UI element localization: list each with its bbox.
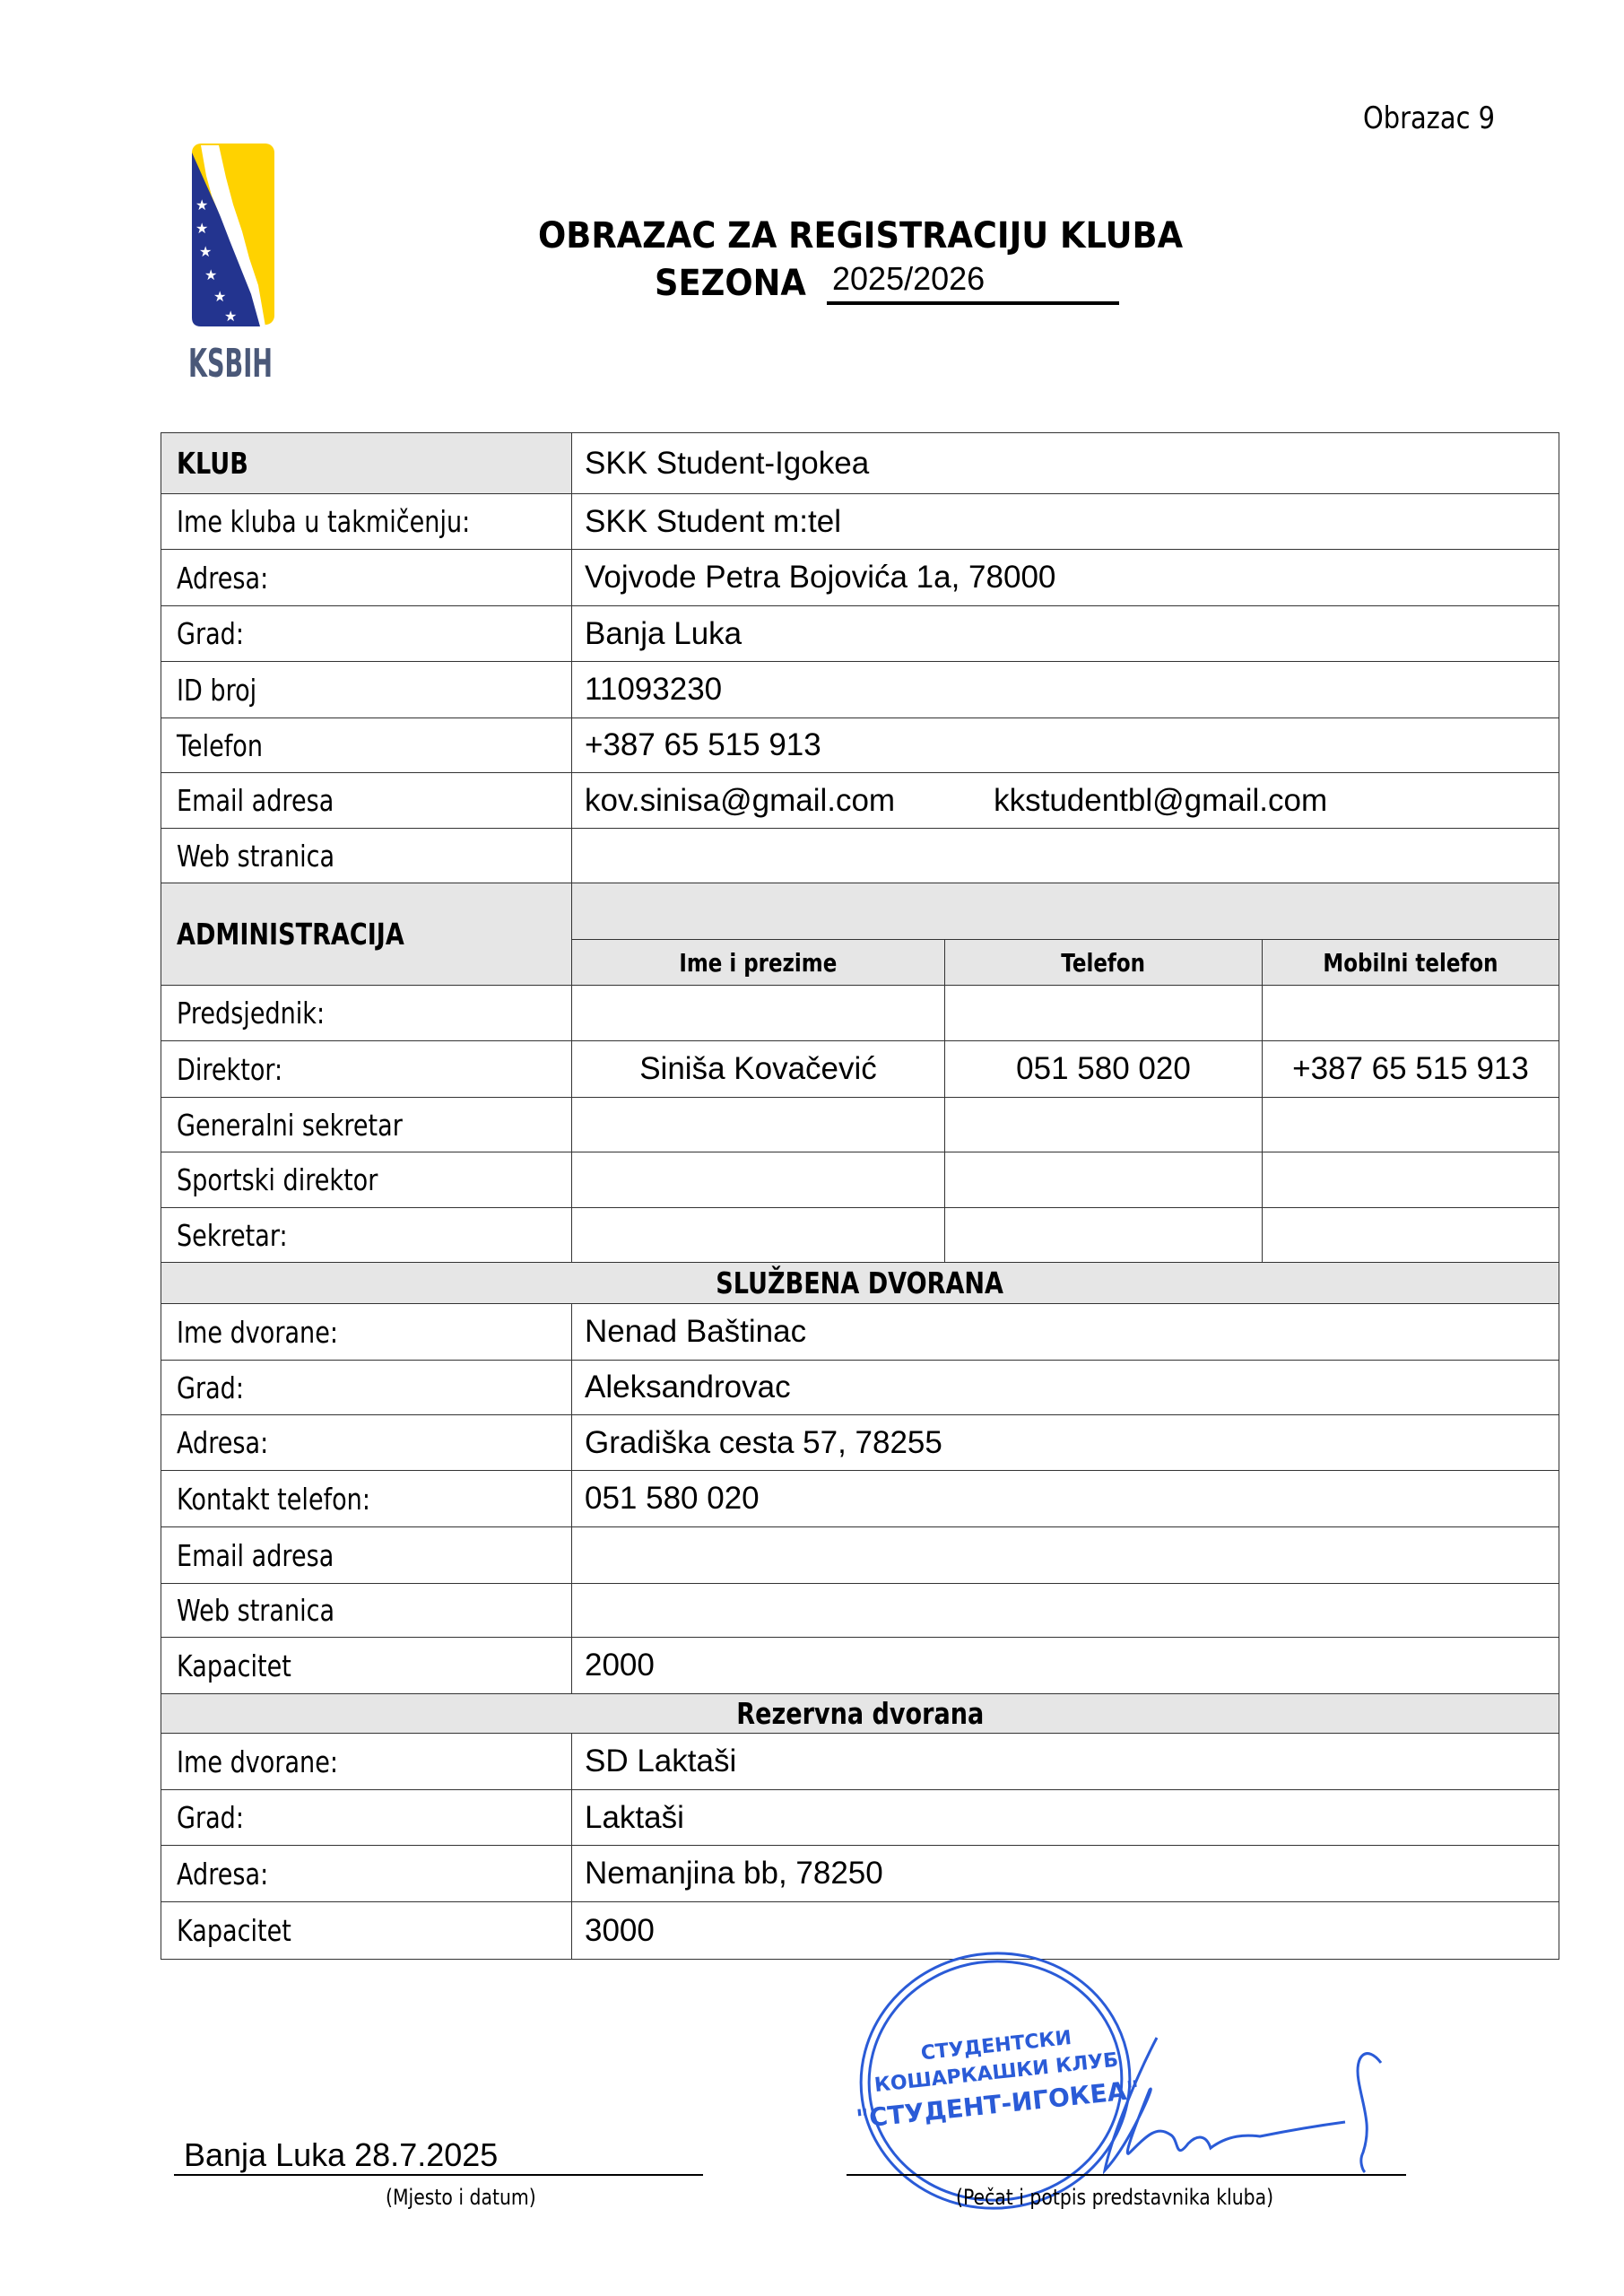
admin-column-header-text: Mobilni telefon (1323, 948, 1498, 978)
reserve-hall-value-text: Nemanjina bb, 78250 (585, 1856, 883, 1892)
admin-name-field[interactable] (571, 1097, 945, 1152)
admin-role-label: Generalni sekretar (161, 1097, 572, 1152)
reserve-hall-label-text: Ime dvorane: (177, 1744, 338, 1779)
official-hall-label-text: Email adresa (177, 1538, 334, 1573)
form-number: Obrazac 9 (1363, 100, 1495, 136)
club-row-label-text: Ime kluba u takmičenju: (177, 504, 470, 539)
club-header-label-text: KLUB (177, 446, 248, 481)
official-hall-value-text: 2000 (585, 1648, 655, 1683)
club-row-value-text: kov.sinisa@gmail.com (585, 783, 895, 819)
official-hall-value-text: 051 580 020 (585, 1481, 760, 1517)
admin-phone-field-text: 051 580 020 (1016, 1051, 1191, 1087)
official-hall-value[interactable]: Gradiška cesta 57, 78255 (571, 1414, 1559, 1471)
official-hall-value[interactable] (571, 1583, 1559, 1638)
admin-header-blank (571, 883, 1559, 940)
admin-phone-field[interactable] (944, 1152, 1263, 1208)
club-row-label-text: Email adresa (177, 783, 334, 818)
svg-text:★: ★ (224, 308, 237, 325)
reserve-hall-label: Adresa: (161, 1845, 572, 1902)
signature-caption: (Pečat i potpis predstavnika kluba) (956, 2185, 1273, 2210)
club-row-value[interactable]: kov.sinisa@gmail.comkkstudentbl@gmail.co… (571, 772, 1559, 829)
official-hall-label: Adresa: (161, 1414, 572, 1471)
club-row-value[interactable] (571, 828, 1559, 883)
svg-text:★: ★ (204, 266, 217, 283)
reserve-hall-label: Kapacitet (161, 1901, 572, 1960)
club-header-label: KLUB (161, 432, 572, 494)
official-hall-value[interactable]: 2000 (571, 1637, 1559, 1694)
reserve-hall-header-text: Rezervna dvorana (736, 1696, 984, 1731)
signature-line (847, 2174, 1406, 2176)
admin-name-field[interactable]: Siniša Kovačević (571, 1040, 945, 1098)
admin-role-label: Sportski direktor (161, 1152, 572, 1208)
club-row-label-text: Telefon (177, 728, 263, 763)
admin-role-label-text: Sekretar: (177, 1218, 288, 1253)
official-hall-value-text: Aleksandrovac (585, 1370, 791, 1405)
club-row-label-text: Adresa: (177, 561, 268, 596)
club-row-label-text: ID broj (177, 673, 256, 708)
club-row-value-text: Banja Luka (585, 616, 742, 652)
club-row-label-text: Web stranica (177, 839, 334, 874)
reserve-hall-value[interactable]: Nemanjina bb, 78250 (571, 1845, 1559, 1902)
club-row-label: Grad: (161, 605, 572, 662)
official-hall-label: Kontakt telefon: (161, 1470, 572, 1527)
admin-phone-field[interactable] (944, 985, 1263, 1041)
reserve-hall-value-text: Laktaši (585, 1800, 684, 1836)
signature (1103, 2036, 1426, 2179)
admin-header: ADMINISTRACIJA (161, 883, 572, 986)
admin-phone-field[interactable] (944, 1097, 1263, 1152)
admin-column-header-text: Telefon (1062, 948, 1146, 978)
reserve-hall-label: Ime dvorane: (161, 1733, 572, 1790)
reserve-hall-label: Grad: (161, 1789, 572, 1846)
admin-column-header: Telefon (944, 939, 1263, 986)
admin-role-label: Predsjednik: (161, 985, 572, 1041)
club-row-label: Adresa: (161, 549, 572, 606)
club-row-value-text: 11093230 (585, 672, 722, 708)
official-hall-label-text: Adresa: (177, 1425, 268, 1460)
official-hall-value-text: Gradiška cesta 57, 78255 (585, 1425, 942, 1461)
ksbih-logo: ★ ★ ★ ★ ★ ★ KSBIH (179, 142, 276, 384)
admin-name-field[interactable] (571, 1207, 945, 1263)
club-row-value[interactable]: Vojvode Petra Bojovića 1a, 78000 (571, 549, 1559, 606)
club-row-label: ID broj (161, 661, 572, 718)
club-header-value[interactable]: SKK Student-Igokea (571, 432, 1559, 494)
official-hall-label: Grad: (161, 1360, 572, 1415)
svg-text:★: ★ (195, 196, 208, 213)
club-row-value[interactable]: SKK Student m:tel (571, 493, 1559, 550)
club-row-label: Ime kluba u takmičenju: (161, 493, 572, 550)
club-row-label: Web stranica (161, 828, 572, 883)
club-row-value[interactable]: Banja Luka (571, 605, 1559, 662)
official-hall-header: SLUŽBENA DVORANA (161, 1262, 1559, 1304)
place-date-value: Banja Luka 28.7.2025 (184, 2136, 498, 2174)
season-label: SEZONA (655, 263, 806, 304)
admin-mobile-field[interactable] (1262, 1207, 1559, 1263)
svg-text:★: ★ (195, 220, 208, 237)
admin-mobile-field[interactable] (1262, 985, 1559, 1041)
reserve-hall-label-text: Grad: (177, 1800, 244, 1835)
club-row-value2-text: kkstudentbl@gmail.com (994, 783, 1327, 819)
svg-text:KSBIH: KSBIH (188, 341, 273, 384)
reserve-hall-value-text: 3000 (585, 1913, 655, 1949)
admin-phone-field[interactable]: 051 580 020 (944, 1040, 1263, 1098)
club-row-value[interactable]: 11093230 (571, 661, 1559, 718)
admin-column-header: Mobilni telefon (1262, 939, 1559, 986)
official-hall-label-text: Web stranica (177, 1593, 334, 1628)
admin-role-label-text: Predsjednik: (177, 996, 325, 1031)
season-value: 2025/2026 (832, 260, 985, 298)
place-date-caption: (Mjesto i datum) (386, 2185, 536, 2210)
place-date-line (174, 2174, 703, 2176)
admin-role-label: Direktor: (161, 1040, 572, 1098)
svg-text:★: ★ (213, 288, 226, 305)
official-hall-label: Email adresa (161, 1526, 572, 1584)
official-hall-label-text: Kontakt telefon: (177, 1482, 370, 1517)
official-hall-value[interactable]: Nenad Baštinac (571, 1303, 1559, 1361)
admin-name-field[interactable] (571, 1152, 945, 1208)
admin-column-header-text: Ime i prezime (680, 948, 838, 978)
club-row-value-text: +387 65 515 913 (585, 727, 821, 763)
official-hall-label: Kapacitet (161, 1637, 572, 1694)
reserve-hall-value[interactable]: SD Laktaši (571, 1733, 1559, 1790)
club-row-value-text: SKK Student m:tel (585, 504, 841, 540)
club-row-label-text: Grad: (177, 616, 244, 651)
reserve-hall-label-text: Kapacitet (177, 1913, 291, 1948)
official-hall-value[interactable] (571, 1526, 1559, 1584)
official-hall-value[interactable]: Aleksandrovac (571, 1360, 1559, 1415)
reserve-hall-label-text: Adresa: (177, 1857, 268, 1892)
reserve-hall-value-text: SD Laktaši (585, 1744, 736, 1779)
admin-mobile-field[interactable] (1262, 1097, 1559, 1152)
admin-phone-field[interactable] (944, 1207, 1263, 1263)
club-header-value-text: SKK Student-Igokea (585, 446, 869, 482)
admin-name-field[interactable] (571, 985, 945, 1041)
svg-text:★: ★ (199, 243, 212, 260)
club-row-value[interactable]: +387 65 515 913 (571, 717, 1559, 773)
admin-mobile-field[interactable]: +387 65 515 913 (1262, 1040, 1559, 1098)
admin-header-text: ADMINISTRACIJA (177, 917, 404, 952)
club-row-label: Email adresa (161, 772, 572, 829)
reserve-hall-header: Rezervna dvorana (161, 1693, 1559, 1734)
official-hall-label-text: Kapacitet (177, 1648, 291, 1683)
admin-role-label: Sekretar: (161, 1207, 572, 1263)
admin-mobile-field[interactable] (1262, 1152, 1559, 1208)
admin-column-header: Ime i prezime (571, 939, 945, 986)
official-hall-header-text: SLUŽBENA DVORANA (716, 1265, 1004, 1300)
season-underline (827, 301, 1119, 305)
official-hall-label: Ime dvorane: (161, 1303, 572, 1361)
official-hall-label-text: Grad: (177, 1370, 244, 1405)
admin-role-label-text: Direktor: (177, 1052, 282, 1087)
club-row-value-text: Vojvode Petra Bojovića 1a, 78000 (585, 560, 1055, 596)
admin-role-label-text: Sportski direktor (177, 1162, 378, 1197)
admin-mobile-field-text: +387 65 515 913 (1292, 1051, 1529, 1087)
official-hall-value[interactable]: 051 580 020 (571, 1470, 1559, 1527)
admin-name-field-text: Siniša Kovačević (639, 1051, 877, 1087)
official-hall-label: Web stranica (161, 1583, 572, 1638)
official-hall-value-text: Nenad Baštinac (585, 1314, 806, 1350)
official-hall-label-text: Ime dvorane: (177, 1315, 338, 1350)
club-row-label: Telefon (161, 717, 572, 773)
reserve-hall-value[interactable]: Laktaši (571, 1789, 1559, 1846)
admin-role-label-text: Generalni sekretar (177, 1108, 403, 1143)
